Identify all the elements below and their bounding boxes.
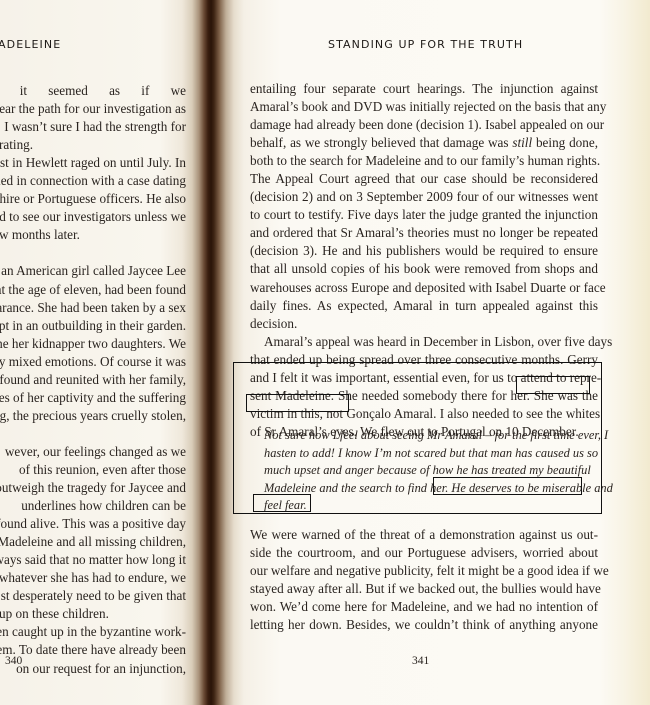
- quote-line: much upset and anger because of how he h…: [264, 462, 578, 480]
- text-line: clear the path for our investigation as: [0, 100, 186, 118]
- text-line: y mixed emotions. Of course it was: [0, 353, 186, 371]
- emphasis-text: still: [512, 135, 532, 150]
- text-line: l found alive. This was a positive day: [0, 515, 186, 533]
- right-page-body: entailing four separate court hearings. …: [250, 80, 598, 441]
- text-line: (decision 3). He and his publishers woul…: [250, 242, 598, 260]
- blank-line: [0, 425, 186, 443]
- text-line: tem. To date there have already been: [0, 641, 186, 659]
- text-line: warehouses across Europe and deposited w…: [250, 279, 598, 297]
- text-line: up on these children.: [0, 605, 186, 623]
- quote-line: Not sure how I feel about seeing Mr Amar…: [264, 427, 578, 445]
- text-line: ways said that no matter how long it: [0, 551, 186, 569]
- quote-line: hasten to add! I know I’m not scared but…: [264, 445, 578, 463]
- text-line: sed to see our investigators unless we: [0, 208, 186, 226]
- text-line: Amaral’s book and DVD was initially reje…: [250, 98, 598, 116]
- text-line: entailing four separate court hearings. …: [250, 80, 598, 98]
- text-line: behalf, as we strongly believed that dam…: [250, 134, 598, 152]
- text-line: to court to testify. Five days later the…: [250, 206, 598, 224]
- text-line: ng, the precious years cruelly stolen,: [0, 407, 186, 425]
- text-line: daily fines. As expected, Amaral in turn…: [250, 297, 598, 315]
- text-line: pt in an outbuilding in their garden.: [0, 317, 186, 335]
- text-line: stayed away after all. But if we backed …: [250, 580, 598, 598]
- text-line: letting her down. Besides, we couldn’t t…: [250, 616, 598, 634]
- quote-line: Madeleine and the search to find her. He…: [264, 480, 578, 498]
- text-line: st desperately need to be given that: [0, 587, 186, 605]
- page-number-left: 340: [5, 655, 22, 667]
- text-line: earance. She had been taken by a sex: [0, 299, 186, 317]
- text-line: decision.: [250, 315, 598, 333]
- blank-line: [0, 244, 186, 262]
- text-line: I wasn’t sure I had the strength for: [0, 118, 186, 136]
- text-line: damage had already been done (decision 1…: [250, 116, 598, 134]
- text-line: found and reunited with her family,: [0, 371, 186, 389]
- text-line: of this reunion, even after those: [0, 461, 186, 479]
- text-line: side the courtroom, and our Portuguese a…: [250, 544, 598, 562]
- right-running-head: STANDING UP FOR THE TRUTH: [328, 38, 523, 51]
- text-line: We were warned of the threat of a demons…: [250, 526, 598, 544]
- text-line: at the age of eleven, had been found: [0, 281, 186, 299]
- right-page: STANDING UP FOR THE TRUTH entailing four…: [240, 0, 650, 705]
- text-line: wever, our feelings changed as we: [0, 443, 186, 461]
- page-number-right: 341: [412, 655, 429, 667]
- left-page: ADELEINE uined. Sometimes it seemed as i…: [0, 0, 188, 705]
- text-line: t an American girl called Jaycee Lee: [0, 262, 186, 280]
- text-line: en caught up in the byzantine work-: [0, 623, 186, 641]
- text-line: and I felt it was important, essential e…: [250, 369, 598, 387]
- text-line: won. We’d come here for Madeleine, and w…: [250, 598, 598, 616]
- right-page-continued: We were warned of the threat of a demons…: [250, 526, 598, 634]
- text-line: Amaral’s appeal was heard in December in…: [250, 333, 598, 351]
- left-page-body: uined. Sometimes it seemed as if we clea…: [0, 82, 186, 678]
- text-line: uined. Sometimes it seemed as if we: [0, 82, 186, 100]
- text-line: victim in this, not Gonçalo Amaral. I al…: [250, 405, 598, 423]
- text-line: underlines how children can be: [0, 497, 186, 515]
- book-spread: ADELEINE uined. Sometimes it seemed as i…: [0, 0, 650, 705]
- text-run: behalf, as we strongly believed that dam…: [250, 135, 512, 150]
- text-run: being done,: [532, 135, 598, 150]
- text-line: sent Madeleine. She needed somebody ther…: [250, 387, 598, 405]
- text-line: that ended up being spread over three co…: [250, 351, 598, 369]
- quote-line: feel fear.: [264, 497, 578, 515]
- text-line: erest in Hewlett raged on until July. In: [0, 154, 186, 172]
- text-line: (decision 2) and on 3 September 2009 fou…: [250, 188, 598, 206]
- left-running-head: ADELEINE: [0, 38, 61, 51]
- text-line: w months later.: [0, 226, 186, 244]
- text-line: Madeleine and all missing children,: [0, 533, 186, 551]
- text-line: ned in connection with a case dating: [0, 172, 186, 190]
- text-line: that all unsold copies of his book were …: [250, 260, 598, 278]
- text-line: outweigh the tragedy for Jaycee and: [0, 479, 186, 497]
- text-line: both to the search for Madeleine and to …: [250, 152, 598, 170]
- diary-quote: Not sure how I feel about seeing Mr Amar…: [264, 427, 578, 515]
- text-line: ne her kidnapper two daughters. We: [0, 335, 186, 353]
- text-line: tershire or Portuguese officers. He also: [0, 190, 186, 208]
- text-line: rating.: [0, 136, 186, 154]
- text-line: es of her captivity and the suffering: [0, 389, 186, 407]
- text-line: l whatever she has had to endure, we: [0, 569, 186, 587]
- text-line: The Appeal Court agreed that our case sh…: [250, 170, 598, 188]
- text-line: our welfare and negative publicity, felt…: [250, 562, 598, 580]
- text-line: and ordered that Sr Amaral’s theories mu…: [250, 224, 598, 242]
- text-line: on our request for an injunction,: [0, 660, 186, 678]
